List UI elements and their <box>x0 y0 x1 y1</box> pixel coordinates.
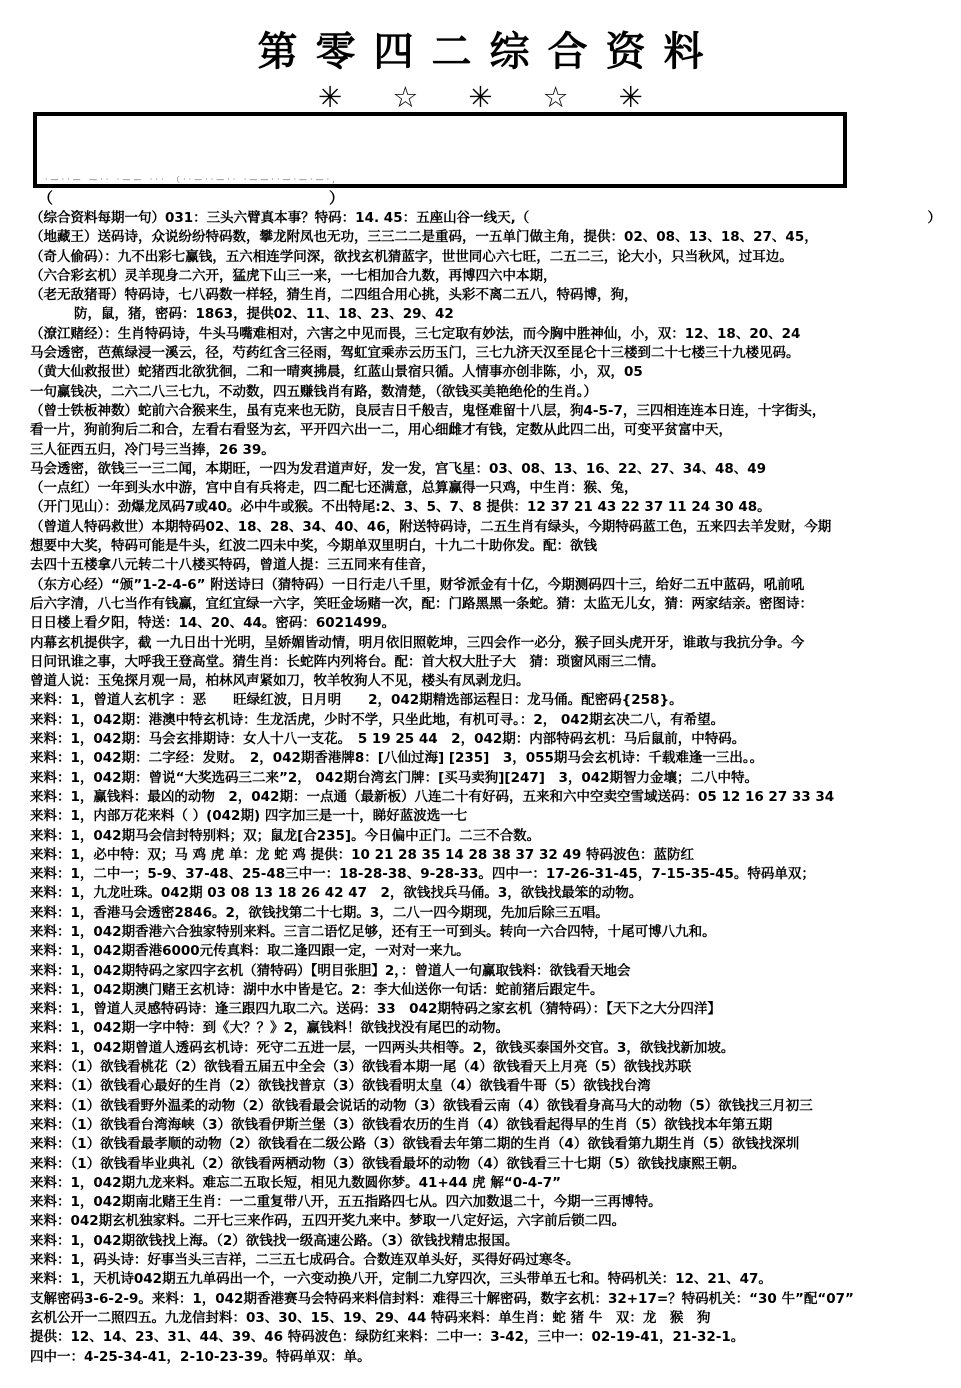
text-line: （东方心经）“颁”1-2-4-6” 附送诗曰（猜特码）一日行走八千里，财爷派金有… <box>30 576 955 595</box>
star-icon: ☆ <box>392 82 418 112</box>
text-line: （开门见山）：劲爆龙凤码7或40。必中牛或猴。不出特尾:2、3、5、7、8 提供… <box>30 498 955 517</box>
text-line: 来料：1，天机诗042期五九单码出一个，一六变动换八开，定制二九穿四次，三头带单… <box>30 1270 955 1289</box>
empty-parenthesis: （ ） <box>38 188 344 208</box>
text-line: （奇人偷码）：九不出彩七赢钱，五六相连学问深，欲找玄机猜蓝字，世世同心六七旺，二… <box>30 248 955 267</box>
text-line: 来料：1，042期：曾说“大奖选码三二来”2， 042期台湾玄门牌：[买马卖狗]… <box>30 769 955 788</box>
text-line: 来料：1，042期特码之家四字玄机（猜特码）【明目张胆】2，：曾道人一句赢取钱料… <box>30 962 955 981</box>
text-line: 来料：（1）欲钱看心最好的生肖（2）欲钱找普京（3）欲钱看明太皇（4）欲钱看牛哥… <box>30 1077 955 1096</box>
text-line: （潦江赌经）：生肖特码诗，牛头马嘴难相对，六害之中见而畏，三七定取有妙法，而今胸… <box>30 325 955 344</box>
text-line: （老无敌猪哥）特码诗，七八码数一样轻，猜生肖，二四组合用心挑，头彩不离二五八，特… <box>30 286 955 305</box>
text-line: 来料：1，042期：港澳中特玄机诗：生龙活虎，少时不学，只坐此地，有机可寻。：2… <box>30 711 955 730</box>
text-line: 马会透密，芭蕉绿浸一溪云，径，芍药红含三径雨，驾虹宜乘赤云历玉门，三七九济天汉至… <box>30 344 955 363</box>
page-title: 第零四二综合资料 <box>0 0 961 78</box>
text-line: 来料：1，042期香港6000元传真料：取二逢四跟一定，一对对一来九。 <box>30 942 955 961</box>
text-line: 日问讯谁之事，大呼我王登高堂。猜生肖：长蛇阵内列将台。配：首大权大肚子大 猜：琐… <box>30 653 955 672</box>
text-line: 三人征西五归，冷门号三当捧，26 39。 <box>30 441 955 460</box>
text-line: 看一片，狗前狗后二和合，左看右看竖为玄，平开四六出一二，用心细雌才有钱，定数从此… <box>30 421 955 440</box>
text-line: （曾道人特码救世）本期特码02、18、28、34、40、46，附送特码诗，二五生… <box>30 518 955 537</box>
text-line: 内幕玄机提供字，截 一九日出十光明，呈娇媚皆动情，明月依旧照乾坤，三四会作一必分… <box>30 634 955 653</box>
text-line: 来料：1，必中特：双；马 鸡 虎 单：龙 蛇 鸡 提供：10 21 28 35 … <box>30 846 955 865</box>
text-line: 来料：1，内部万花来料（ ）(042期) 四字加三是一十，睇好蓝波选一七 <box>30 807 955 826</box>
text-line: 来料：1，042期一字中特：到《大？？》2，赢钱料！欲钱找没有尾巴的动物。 <box>30 1019 955 1038</box>
text-line: 来料：1，二中一；5-9、37-48、25-48三中一：18-28-38、9-2… <box>30 865 955 884</box>
text-line: 来料：1，曾道人灵感特码诗：逢三跟四九取二六。送码：33 042期特码之家玄机（… <box>30 1000 955 1019</box>
text-line: 来料：1，九龙吐珠。042期 03 08 13 18 26 42 47 2，欲钱… <box>30 884 955 903</box>
text-line: 来料：1，042期九龙来料。难忘二五取长短，相见九数圆你梦。41+44 虎 解“… <box>30 1174 955 1193</box>
content-lines: （综合资料每期一句）031：三头六臂真本事？特码：14. 45：五座山谷一线天,… <box>0 208 961 1367</box>
text-line: 来料：1，码头诗：好事当头三吉祥，二三五七成码合。合数连双单头好，买得好码过寒冬… <box>30 1251 955 1270</box>
text-line: 来料：1，赢钱料：最凶的动物 2，042期：一点通（最新板）八连二十有好码，五来… <box>30 788 955 807</box>
text-line: 玄机公开一二照四五。九龙信封料：03、30、15、19、29、44 特码来料：单… <box>30 1309 955 1328</box>
text-line: 来料：（1）欲钱看毕业典礼（2）欲钱看两栖动物（3）欲钱看最坏的动物（4）欲钱看… <box>30 1155 955 1174</box>
text-line: 一句赢钱决，二六二八三七九，不动数，四五赚钱肖有路，数清楚，（欲钱买美艳绝伦的生… <box>30 383 955 402</box>
text-line: （黄大仙救报世）蛇猪西北欲犹徊，二和一晴爽拂晨，红蓝山景宿只循。人情事亦创非陈，… <box>30 363 955 382</box>
text-line: 来料：（1）欲钱看最孝顺的动物（2）欲钱看在二级公路（3）欲钱看去年第二期的生肖… <box>30 1135 955 1154</box>
text-line: 来料：042期玄机独家料。二开七三来作码，五四开奖九来中。梦取一八定好运，六字前… <box>30 1212 955 1231</box>
asterisk-icon: ✳ <box>468 82 492 112</box>
header-box: ·—··— —·· ·—— ··· （··—··—·· ·——··—·—·—·， <box>33 112 847 188</box>
text-line: 四中一：4-25-34-41，2-10-23-39。特码单双：单。 <box>30 1348 955 1367</box>
text-line: 来料：1，042期澳门赌王玄机诗：湖中水中皆是它。2：李大仙送你一句话：蛇前猪后… <box>30 981 955 1000</box>
text-line: 来料：1，042期香港六合独家特别来料。三言二语忆足够，还有王一可到头。转向一六… <box>30 923 955 942</box>
text-line: 曾道人说：玉兔探月观一局，柏林风声紧如刀，牧羊牧狗人不见，楼头有凤剥龙归。 <box>30 672 955 691</box>
text-line: 后六字清，八七当作有钱赢，宜红宜绿一六字，笑旺金场赌一次，配：门路黑黑一条蛇。猜… <box>30 595 955 614</box>
text-line: 来料：（1）欲钱看桃花（2）欲钱看五届五中全会（3）欲钱看本期一尾（4）欲钱看天… <box>30 1058 955 1077</box>
text-line: （地藏王）送码诗，众说纷纷特码数，攀龙附凤也无功，三三二二是重码，一五单门做主角… <box>30 228 955 247</box>
text-line: 提供：12、14、23、31、44、39、46 特码波色：绿防红来料：二中一：3… <box>30 1328 955 1347</box>
asterisk-icon: ✳ <box>318 82 342 112</box>
text-line: 来料：（1）欲钱看野外温柔的动物（2）欲钱看最会说话的动物（3）欲钱看云南（4）… <box>30 1097 955 1116</box>
text-line: （一点红）一年到头水中游，宫中自有兵将走，四二配七还满意，总算赢得一只鸡，中生肖… <box>30 479 955 498</box>
text-line: 马会透密，欲钱三一三二闻，本期旺，一四为发君道声好，发一发，宫飞星：03、08、… <box>30 460 955 479</box>
open-paren: （ <box>38 188 53 208</box>
close-paren: ） <box>329 188 344 208</box>
star-icon: ☆ <box>543 82 569 112</box>
text-line: 来料：1，042期：马会玄排期诗：女人十八一支花。 5 19 25 44 2，0… <box>30 730 955 749</box>
text-line: 想要中大奖，特码可能是牛头，红波二四未中奖，今期单双里明白，十九二十助你发。配：… <box>30 537 955 556</box>
text-line: 来料：1，042期欲钱找上海。（2）欲钱找一级高速公路。（3）欲钱找精忠报国。 <box>30 1232 955 1251</box>
text-line: 支解密码3-6-2-9。来料：1，042期香港赛马会特码来料信封料：难得三十解密… <box>30 1290 955 1309</box>
text-line: 来料：1，042期曾道人透码玄机诗：死守二五进一层，一四两头共相等。2，欲钱买泰… <box>30 1039 955 1058</box>
text-line: 日日楼上看夕阳，特送：14、20、44。密码：6021499。 <box>30 614 955 633</box>
text-line: 去四十五楼拿八元转二十八楼买特码，曾道人提：三五同来有佳音， <box>30 556 955 575</box>
text-line: 来料：1，曾道人玄机字 ：恶 旺绿红波，日月明 2，042期精选部运程日：龙马俑… <box>30 691 955 710</box>
text-line: 来料：1，042期：二字经：发财。 2，042期香港牌8：[八仙过海] [235… <box>30 749 955 768</box>
text-line: 来料：1，香港马会透密2846。2，欲钱找第二十七期。3，二八一四今期现，先加后… <box>30 904 955 923</box>
text-line: 防，鼠，猪，密码：1863，提供02、11、18、23、29、42 <box>30 305 955 324</box>
text-line: 来料：（1）欲钱看台湾海峡（3）欲钱看伊斯兰堡（3）欲钱看农历的生肖（4）欲钱看… <box>30 1116 955 1135</box>
page-root: 第零四二综合资料 ✳ ☆ ✳ ☆ ✳ ·—··— —·· ·—— ··· （··… <box>0 0 961 1367</box>
text-line: （综合资料每期一句）031：三头六臂真本事？特码：14. 45：五座山谷一线天,… <box>30 209 955 228</box>
text-line: （曾士铁板神数）蛇前六合猴来生，虽有克来也无防，良辰吉日千般吉，鬼怪难留十八层，… <box>30 402 955 421</box>
text-line: 来料：1，042期南北赌王生肖：一二重复带八开，五五指路四七从。四六加数退二十，… <box>30 1193 955 1212</box>
text-line: 来料：1，042期马会信封特别料；双；鼠龙[合235]。今日偏中正门。二三不合数… <box>30 827 955 846</box>
text-line: （六合彩玄机）灵羊现身二六开，猛虎下山三一来，一七相加合九数，再博四六中本期， <box>30 267 955 286</box>
decorative-symbols-row: ✳ ☆ ✳ ☆ ✳ <box>0 78 961 112</box>
box-residual-text: ·—··— —·· ·—— ··· （··—··—·· ·——··—·—·—·， <box>45 176 823 184</box>
asterisk-icon: ✳ <box>619 82 643 112</box>
